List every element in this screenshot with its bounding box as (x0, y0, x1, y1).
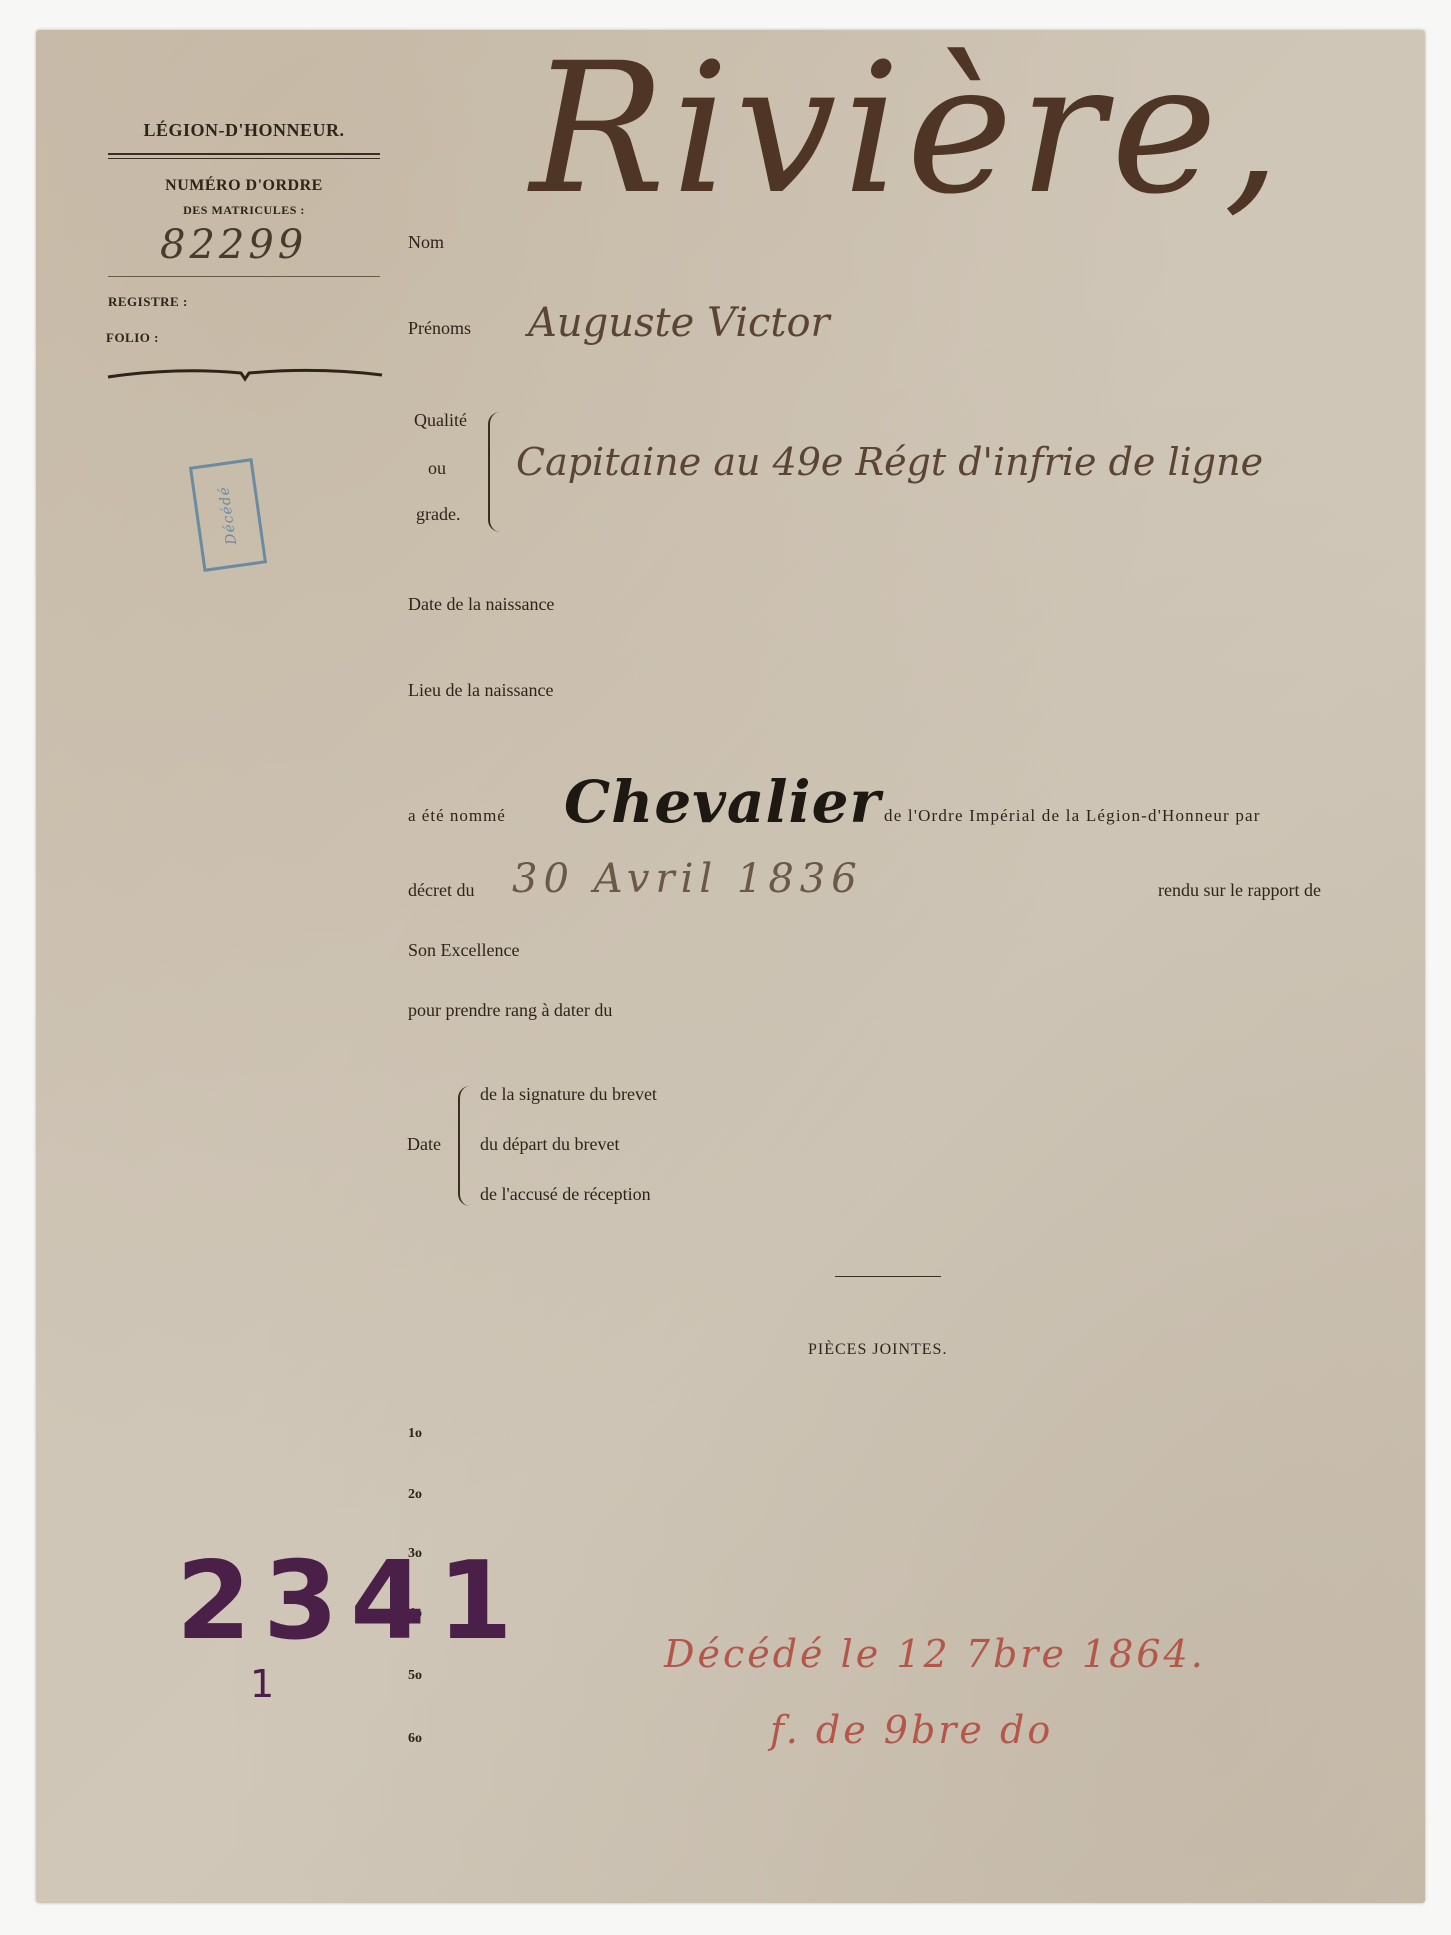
qualite-brace (488, 412, 500, 532)
date-naissance-label: Date de la naissance (408, 594, 554, 615)
date-accuse: de l'accusé de réception (480, 1184, 651, 1205)
rank-title: Chevalier (564, 768, 881, 836)
date-depart: du départ du brevet (480, 1134, 619, 1155)
piece-5: 5o (408, 1668, 422, 1684)
date-block-label: Date (407, 1134, 441, 1155)
piece-2: 2o (408, 1487, 422, 1503)
matricule-rule (108, 276, 380, 277)
dossier-sub-number: 1 (250, 1662, 274, 1706)
matricule-number: 82299 (160, 222, 307, 268)
grade-label: grade. (416, 504, 460, 525)
flourish-divider (106, 365, 384, 385)
pieces-title: PIÈCES JOINTES. (808, 1341, 947, 1359)
nom-value: Rivière, (530, 40, 1287, 220)
registre-label: REGISTRE : (108, 294, 188, 310)
decret-date: 30 Avril 1836 (512, 856, 863, 902)
matricules-label: DES MATRICULES : (108, 203, 380, 218)
folio-label: FOLIO : (106, 330, 159, 346)
excellence-label: Son Excellence (408, 940, 519, 961)
lieu-naissance-label: Lieu de la naissance (408, 680, 553, 701)
dossier-number-stamp: 2341 (176, 1548, 525, 1656)
ou-label: ou (428, 458, 446, 479)
rang-label: pour prendre rang à dater du (408, 1000, 612, 1021)
rapport-label: rendu sur le rapport de (1158, 880, 1321, 901)
decret-label: décret du (408, 880, 474, 901)
section-divider (835, 1276, 941, 1277)
header-title: LÉGION-D'HONNEUR. (108, 120, 380, 141)
date-block-brace (458, 1086, 470, 1206)
death-annotation-line2: f. de 9bre do (770, 1708, 1053, 1752)
qualite-value: Capitaine au 49e Régt d'infrie de ligne (516, 440, 1263, 484)
header-double-rule-top (108, 153, 380, 155)
date-signature: de la signature du brevet (480, 1084, 657, 1105)
piece-6: 6o (408, 1731, 422, 1747)
prenoms-label: Prénoms (408, 318, 471, 339)
death-annotation-line1: Décédé le 12 7bre 1864. (664, 1632, 1206, 1676)
prenoms-value: Auguste Victor (528, 300, 830, 346)
nom-label: Nom (408, 232, 444, 253)
nomination-suffix: de l'Ordre Impérial de la Légion-d'Honne… (884, 806, 1261, 826)
header-double-rule-bottom (108, 158, 380, 159)
nomination-prefix: a été nommé (408, 806, 506, 826)
piece-1: 1o (408, 1426, 422, 1442)
numero-ordre-label: NUMÉRO D'ORDRE (108, 177, 380, 195)
qualite-label: Qualité (414, 410, 467, 431)
